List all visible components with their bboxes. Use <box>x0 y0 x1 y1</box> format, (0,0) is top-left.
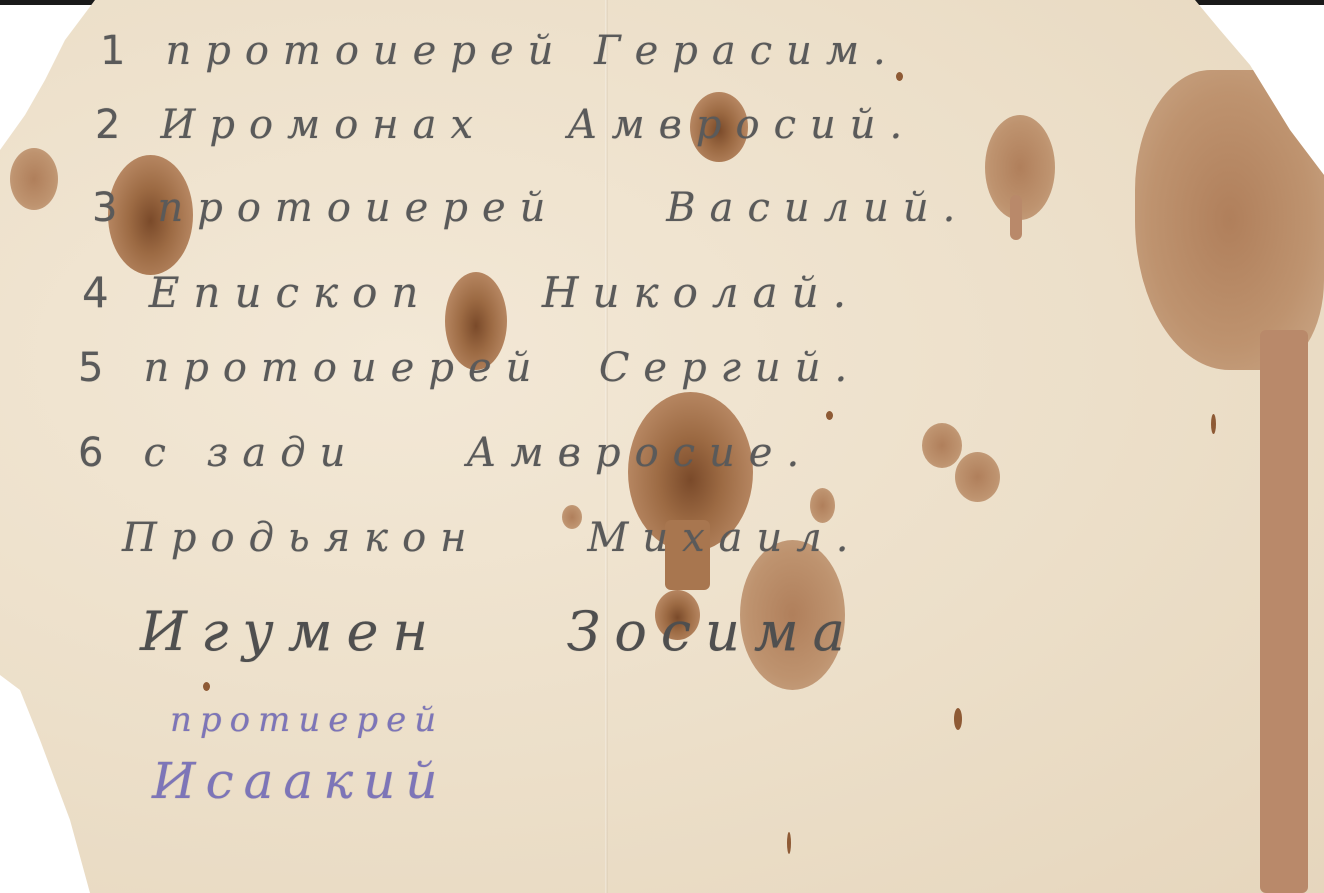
clergy-name: Герасим. <box>594 28 900 74</box>
stain-right-large <box>1135 70 1324 370</box>
stain-line6-b <box>955 452 1000 502</box>
clergy-title: протоиерей <box>157 185 559 231</box>
drip-right-edge <box>1260 330 1308 893</box>
handwritten-line-5: 5протоиерей Сергий. <box>78 345 861 391</box>
line-number: 2 <box>95 102 120 148</box>
clergy-title: с зади <box>143 430 359 476</box>
stain-left-edge <box>10 148 58 210</box>
clergy-title: протоиерей <box>165 28 567 74</box>
handwritten-line-6: 6с зади Амвросие. <box>78 430 813 476</box>
clergy-name: Зосима <box>567 600 859 663</box>
handwritten-line-8: Игумен Зосима <box>140 600 859 663</box>
clergy-name: Исаакий <box>152 752 448 810</box>
clergy-title: Игумен <box>140 600 442 663</box>
clergy-name: Михаил. <box>587 515 862 561</box>
clergy-name: Василий. <box>666 185 969 231</box>
ink-speck <box>826 411 833 420</box>
clergy-name: Николай. <box>542 268 860 317</box>
paper-sheet: 1протоиерей Герасим. 2Иромонах Амвросий.… <box>0 0 1324 893</box>
line-number: 4 <box>82 268 109 317</box>
ink-speck <box>954 708 962 730</box>
clergy-title: Епископ <box>149 268 433 317</box>
handwritten-line-2: 2Иромонах Амвросий. <box>95 102 916 148</box>
ink-speck <box>787 832 791 854</box>
ink-line-2: Исаакий <box>152 752 448 810</box>
handwritten-line-1: 1протоиерей Герасим. <box>100 28 900 74</box>
ink-speck <box>203 682 210 691</box>
line-number: 6 <box>78 430 103 476</box>
stain-line6-a <box>922 423 962 468</box>
ink-speck <box>1211 414 1216 434</box>
ink-line-1: протиерей <box>170 700 444 740</box>
drip-line3 <box>1010 195 1022 240</box>
clergy-name: Амвросий. <box>567 102 916 148</box>
line-number: 5 <box>78 345 103 391</box>
clergy-name: Амвросие. <box>466 430 813 476</box>
line-number: 1 <box>100 28 125 74</box>
handwritten-line-7: Продьякон Михаил. <box>122 515 862 561</box>
clergy-title: протоиерей <box>143 345 545 391</box>
clergy-name: Сергий. <box>599 345 861 391</box>
handwritten-line-4: 4Епископ Николай. <box>82 268 860 317</box>
clergy-title: Продьякон <box>122 515 481 561</box>
clergy-title: протиерей <box>170 700 444 740</box>
handwritten-line-3: 3протоиерей Василий. <box>92 185 969 231</box>
clergy-title: Иромонах <box>160 102 487 148</box>
line-number: 3 <box>92 185 117 231</box>
